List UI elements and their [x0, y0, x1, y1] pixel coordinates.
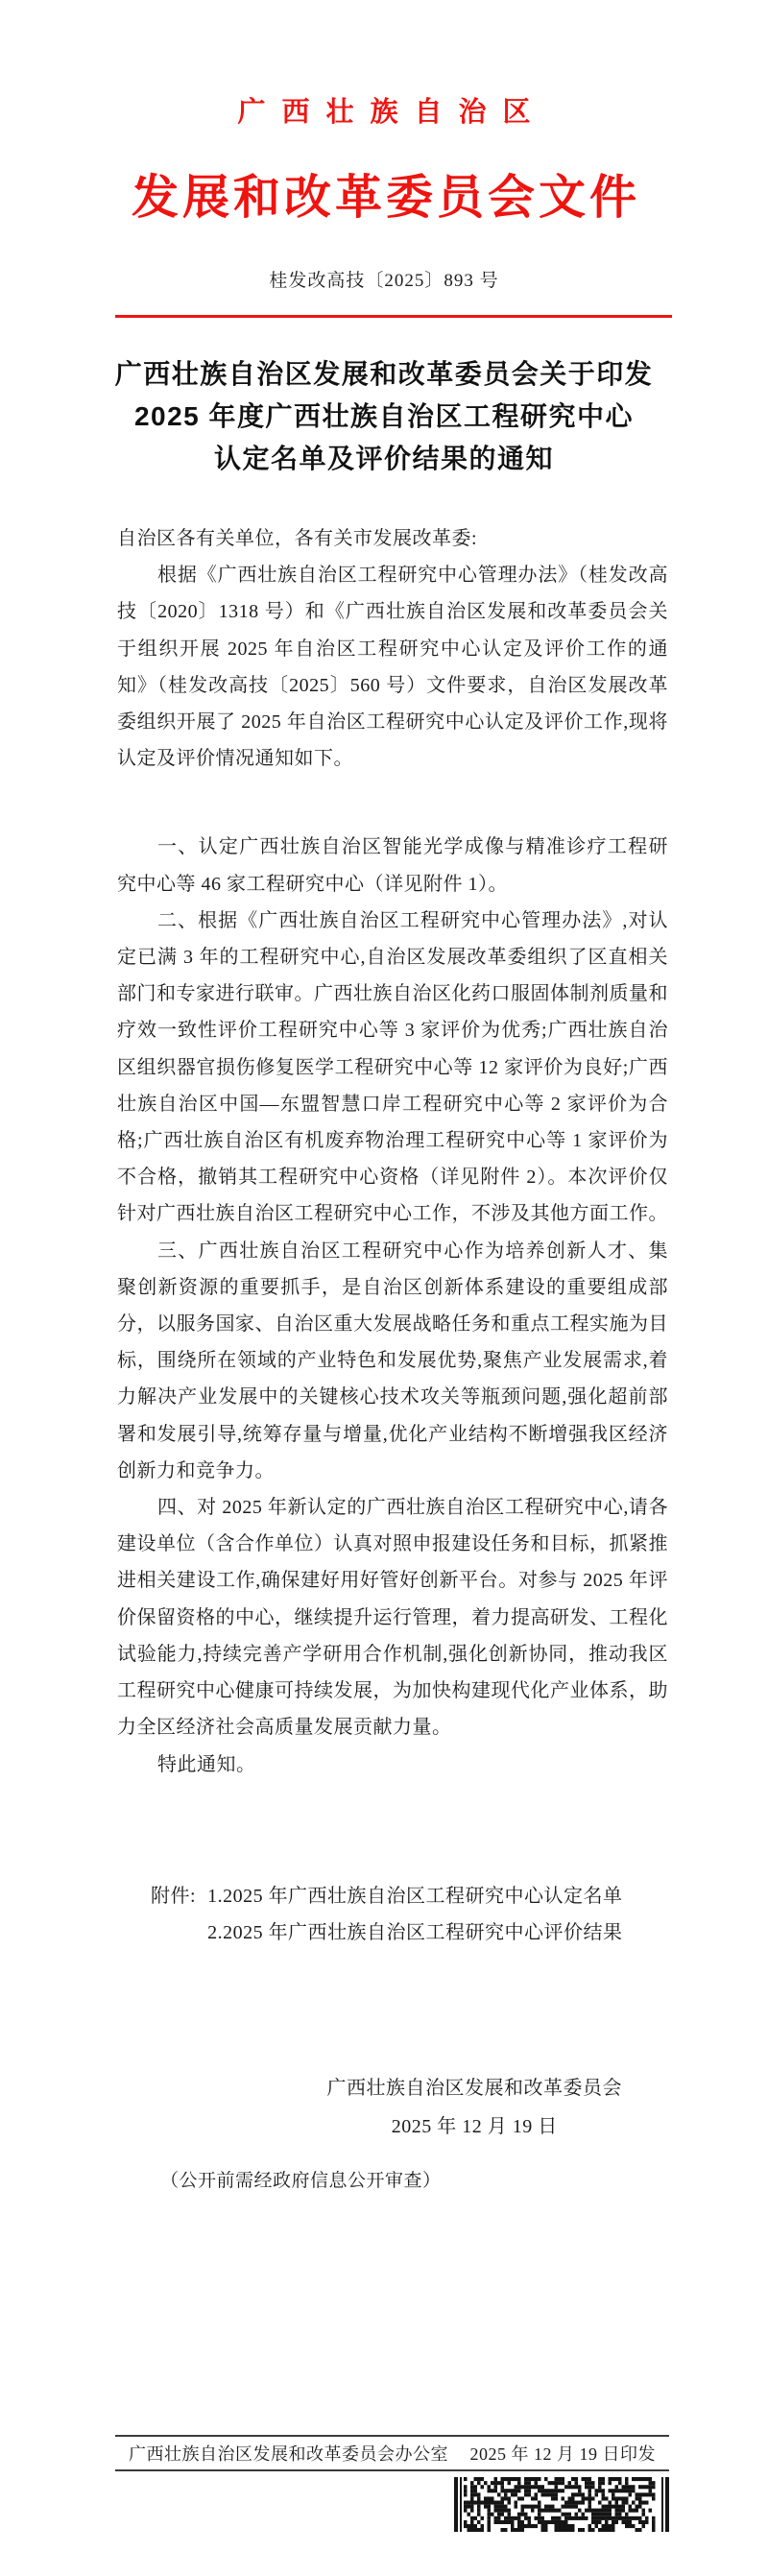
attachments-block: 附件: 1.2025 年广西壮族自治区工程研究中心认定名单 2.2025 年广西… [151, 1878, 623, 1951]
footer-imprint-bar: 广西壮族自治区发展和改革委员会办公室 2025 年 12 月 19 日印发 [115, 2435, 669, 2471]
paragraph-item-4: 四、对 2025 年新认定的广西壮族自治区工程研究中心,请各建设单位（含合作单位… [117, 1489, 668, 1745]
paragraph-item-3: 三、广西壮族自治区工程研究中心作为培养创新人才、集聚创新资源的重要抓手，是自治区… [117, 1233, 668, 1489]
attachments-label: 附件: [151, 1878, 196, 1951]
disclosure-review-note: （公开前需经政府信息公开审查） [160, 2168, 442, 2195]
attachment-item-2: 2.2025 年广西壮族自治区工程研究中心评价结果 [207, 1914, 623, 1951]
document-title: 广西壮族自治区发展和改革委员会关于印发 2025 年度广西壮族自治区工程研究中心… [0, 353, 768, 480]
signature-block: 广西壮族自治区发展和改革委员会 2025 年 12 月 19 日 [327, 2070, 623, 2145]
document-title-line2: 2025 年度广西壮族自治区工程研究中心 [0, 396, 768, 438]
document-reference-number: 桂发改高技〔2025〕893 号 [0, 271, 768, 291]
letterhead: 广西壮族自治区 发展和改革委员会文件 桂发改高技〔2025〕893 号 [0, 0, 768, 318]
issuing-region-name: 广西壮族自治区 [0, 0, 768, 128]
closing-line: 特此通知。 [117, 1746, 668, 1783]
attachment-item-1: 1.2025 年广西壮族自治区工程研究中心认定名单 [207, 1878, 623, 1914]
footer-office-name: 广西壮族自治区发展和改革委员会办公室 [129, 2441, 448, 2466]
barcode-image [454, 2477, 669, 2532]
paragraph-item-2: 二、根据《广西壮族自治区工程研究中心管理办法》,对认定已满 3 年的工程研究中心… [117, 903, 668, 1233]
document-title-line1: 广西壮族自治区发展和改革委员会关于印发 [0, 353, 768, 396]
signature-agency: 广西壮族自治区发展和改革委员会 [327, 2070, 623, 2107]
salutation: 自治区各有关单位，各有关市发展改革委: [117, 520, 668, 557]
signature-date: 2025 年 12 月 19 日 [327, 2108, 623, 2145]
document-page: 广西壮族自治区 发展和改革委员会文件 桂发改高技〔2025〕893 号 广西壮族… [0, 0, 768, 2576]
document-body: 自治区各有关单位，各有关市发展改革委: 根据《广西壮族自治区工程研究中心管理办法… [117, 520, 668, 1783]
attachments-list: 1.2025 年广西壮族自治区工程研究中心认定名单 2.2025 年广西壮族自治… [207, 1878, 623, 1951]
paragraph-basis: 根据《广西壮族自治区工程研究中心管理办法》（桂发改高技〔2020〕1318 号）… [117, 557, 668, 777]
footer-print-date: 2025 年 12 月 19 日印发 [470, 2441, 657, 2466]
red-divider-rule [115, 315, 672, 318]
paragraph-item-1: 一、认定广西壮族自治区智能光学成像与精准诊疗工程研究中心等 46 家工程研究中心… [117, 829, 668, 902]
document-title-line3: 认定名单及评价结果的通知 [0, 438, 768, 480]
issuing-agency-name: 发展和改革委员会文件 [0, 173, 768, 223]
